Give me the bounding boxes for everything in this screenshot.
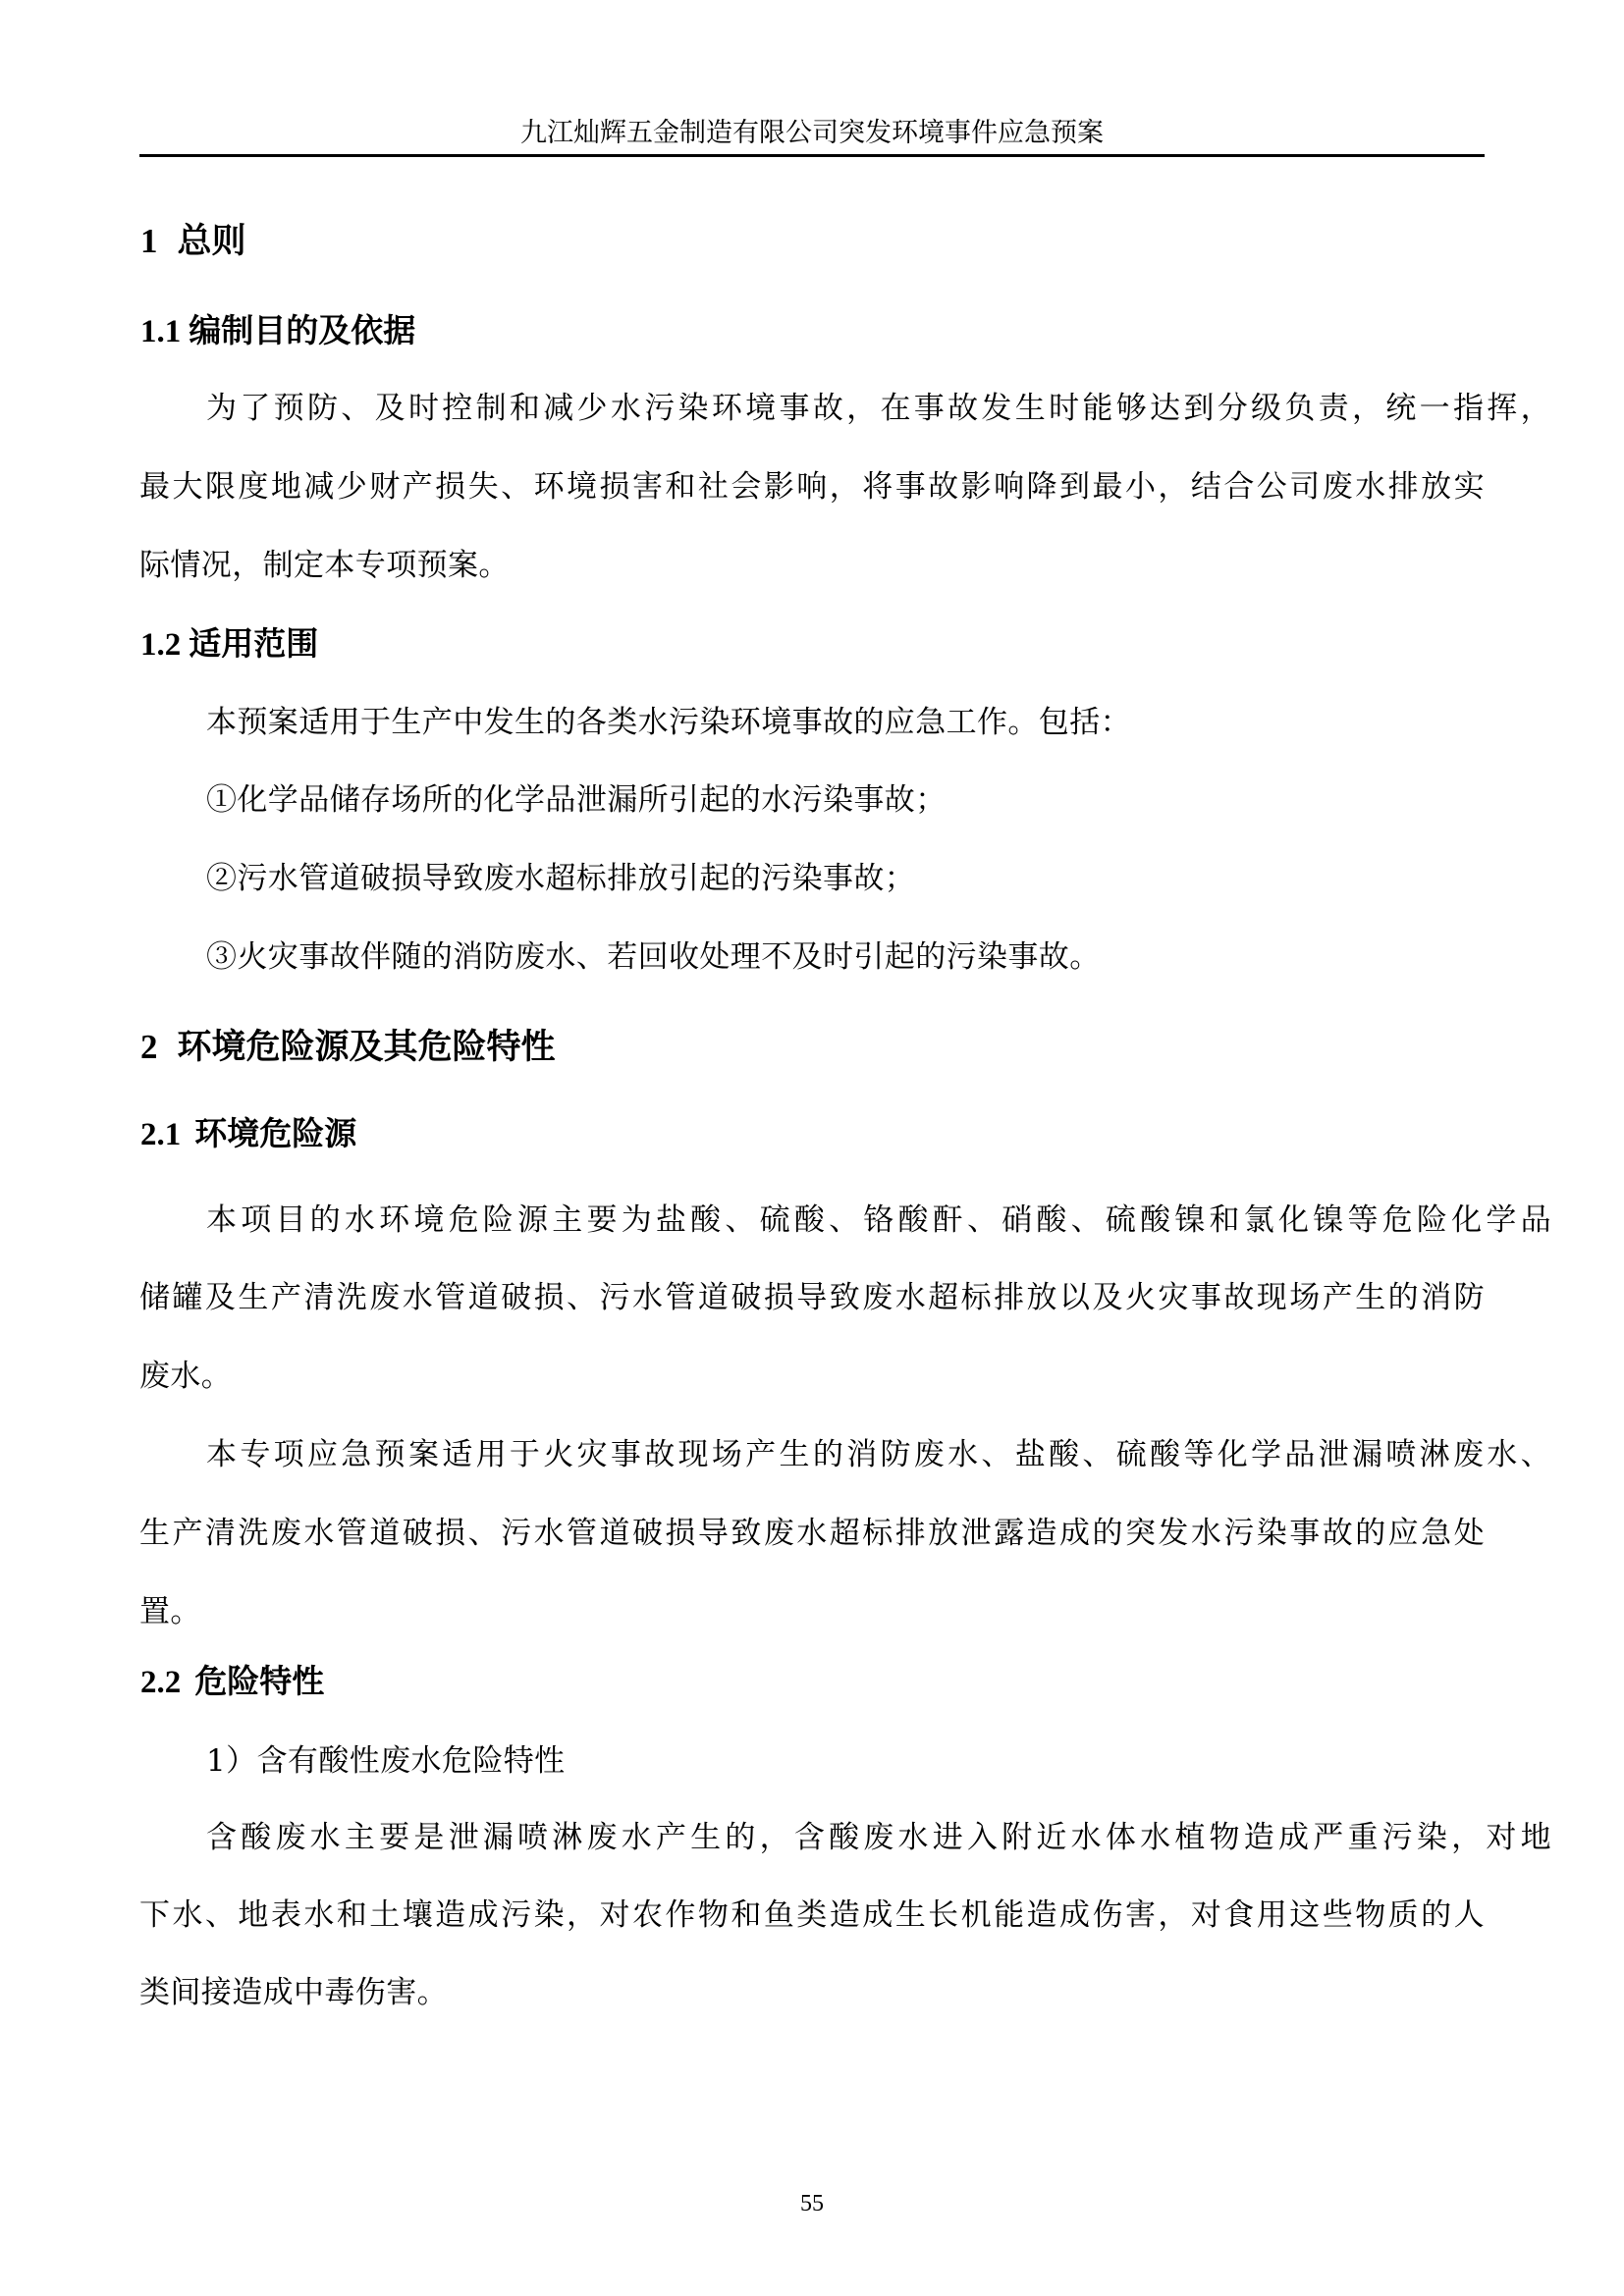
heading-number: 1.2	[140, 627, 181, 663]
paragraph-line: 类间接造成中毒伤害。	[139, 1973, 1485, 2012]
paragraph-line: 废水。	[139, 1357, 1485, 1396]
heading-section-2: 2环境危险源及其危险特性	[140, 1026, 556, 1069]
paragraph-line: 储罐及生产清洗废水管道破损、污水管道破损导致废水超标排放以及火灾事故现场产生的消…	[139, 1278, 1485, 1317]
scope-item-2: ②污水管道破损导致废水超标排放引起的污染事故；	[139, 859, 1551, 898]
paragraph-line: 含酸废水主要是泄漏喷淋废水产生的，含酸废水进入附近水体水植物造成严重污染，对地	[139, 1818, 1551, 1857]
heading-section-1: 1总则	[140, 220, 246, 263]
heading-title: 适用范围	[189, 624, 318, 663]
paragraph-line: 本专项应急预案适用于火灾事故现场产生的消防废水、盐酸、硫酸等化学品泄漏喷淋废水、	[139, 1435, 1551, 1474]
heading-number: 1.1	[140, 314, 181, 349]
document-page: 九江灿辉五金制造有限公司突发环境事件应急预案 1总则 1.1编制目的及依据 为了…	[0, 0, 1624, 2296]
header-rule	[139, 154, 1485, 157]
heading-title: 总则	[178, 222, 246, 261]
scope-item-3: ③火灾事故伴随的消防废水、若回收处理不及时引起的污染事故。	[139, 937, 1551, 977]
heading-number: 2.2	[140, 1665, 181, 1700]
heading-title: 编制目的及依据	[189, 311, 415, 349]
heading-number: 2	[140, 1028, 158, 1066]
paragraph-line: 际情况，制定本专项预案。	[139, 546, 1485, 585]
scope-intro: 本预案适用于生产中发生的各类水污染环境事故的应急工作。包括：	[139, 703, 1551, 742]
heading-section-1-2: 1.2适用范围	[140, 623, 318, 666]
paragraph-line: 为了预防、及时控制和减少水污染环境事故，在事故发生时能够达到分级负责，统一指挥，	[139, 389, 1551, 428]
paragraph-line: 最大限度地减少财产损失、环境损害和社会影响，将事故影响降到最小，结合公司废水排放…	[139, 467, 1485, 507]
subheading-acid-wastewater: 1）含有酸性废水危险特性	[139, 1741, 1551, 1781]
page-number: 55	[0, 2189, 1624, 2218]
heading-section-2-1: 2.1环境危险源	[140, 1113, 356, 1155]
heading-title: 环境危险源及其危险特性	[178, 1028, 556, 1067]
paragraph-line: 生产清洗废水管道破损、污水管道破损导致废水超标排放泄露造成的突发水污染事故的应急…	[139, 1514, 1485, 1553]
heading-title: 环境危险源	[194, 1114, 356, 1152]
heading-number: 2.1	[140, 1117, 181, 1152]
running-header: 九江灿辉五金制造有限公司突发环境事件应急预案	[139, 116, 1485, 151]
heading-section-2-2: 2.2危险特性	[140, 1661, 324, 1703]
paragraph-line: 本项目的水环境危险源主要为盐酸、硫酸、铬酸酐、硝酸、硫酸镍和氯化镍等危险化学品	[139, 1201, 1551, 1240]
heading-section-1-1: 1.1编制目的及依据	[140, 310, 415, 352]
heading-title: 危险特性	[194, 1662, 324, 1700]
heading-number: 1	[140, 222, 158, 260]
scope-item-1: ①化学品储存场所的化学品泄漏所引起的水污染事故；	[139, 780, 1551, 820]
paragraph-line: 下水、地表水和土壤造成污染，对农作物和鱼类造成生长机能造成伤害，对食用这些物质的…	[139, 1896, 1485, 1935]
paragraph-line: 置。	[139, 1592, 1485, 1631]
